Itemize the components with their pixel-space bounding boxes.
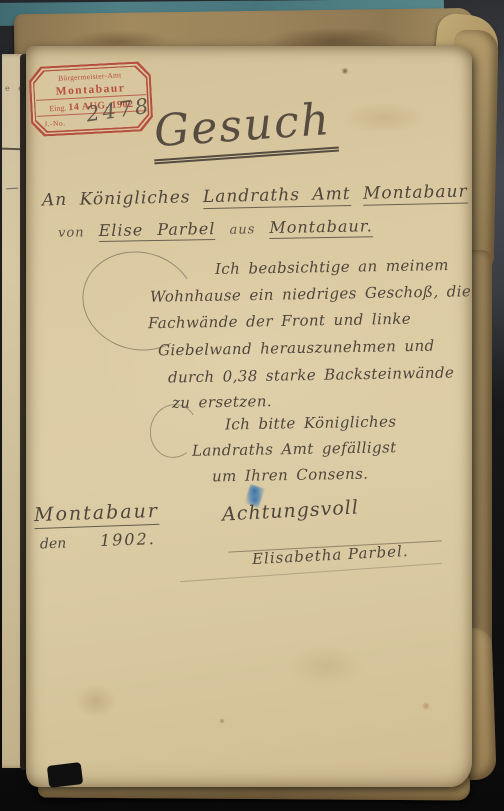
stamp-received-prefix: Eing. xyxy=(49,104,67,114)
address-prefix: An Königliches xyxy=(42,187,191,210)
address-office: Landraths Amt xyxy=(203,184,351,209)
closing-date-prefix: den xyxy=(40,536,67,553)
sender-mid: aus xyxy=(229,222,255,237)
closing-place: Montabaur xyxy=(34,500,160,526)
sender-name: Elise Parbel xyxy=(98,219,215,242)
archival-photo-background: e e Bürgermeister-Amt Montabaur Eing. 14… xyxy=(0,0,504,811)
torn-gap xyxy=(47,762,83,788)
body-line: Landraths Amt gefälligst xyxy=(192,438,397,460)
closing-date-year: 1902. xyxy=(100,529,156,550)
sender-prefix: von xyxy=(58,225,85,240)
sender-city: Montabaur. xyxy=(269,216,373,239)
address-line-2: von Elise Parbel aus Montabaur. xyxy=(58,216,373,240)
address-city: Montabaur xyxy=(363,182,468,206)
body-line: zu ersetzen. xyxy=(172,392,272,412)
body-line: um Ihren Consens. xyxy=(212,465,369,486)
body-line: Ich bitte Königliches xyxy=(225,413,397,434)
